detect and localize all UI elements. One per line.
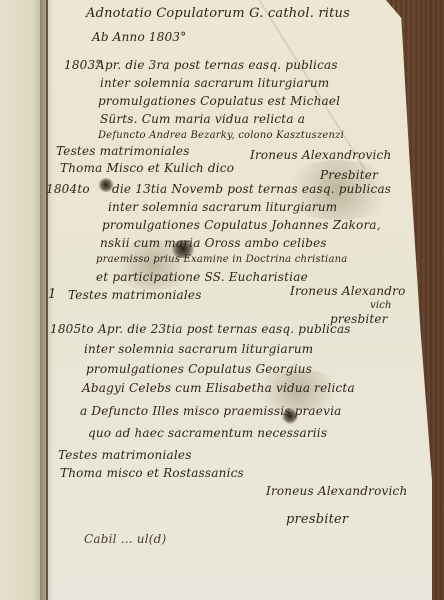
- entry-year: 1804to: [46, 182, 90, 196]
- priest-title: presbiter: [286, 512, 348, 527]
- entry-line: promulgationes Copulatus est Michael: [98, 94, 340, 108]
- witnesses-label: Testes matrimoniales: [56, 144, 190, 158]
- register-subtitle: Ab Anno 1803°: [92, 30, 186, 44]
- priest-signature: Ironeus Alexandrovich: [266, 484, 407, 498]
- priest-signature: Ironeus Alexandro: [290, 284, 406, 298]
- entry-line: a Defuncto Illes misco praemissis praevi…: [80, 404, 341, 418]
- entry-line: praemisso prius Examine in Doctrina chri…: [96, 254, 347, 265]
- witnesses-names: Thoma Misco et Kulich dico: [60, 161, 234, 175]
- entry-line: promulgationes Copulatus Johannes Zakora…: [102, 218, 381, 232]
- entry-line: Defuncto Andrea Bezarky, colono Kasztusz…: [98, 130, 344, 141]
- ink-blot: [282, 408, 298, 424]
- entry-line: quo ad haec sacramentum necessariis: [88, 426, 327, 440]
- margin-mark: 1: [48, 287, 56, 302]
- entry-year: 1805to: [50, 322, 94, 336]
- entry-line: inter solemnia sacrarum liturgiarum: [100, 76, 329, 90]
- priest-title: Presbiter: [320, 168, 378, 182]
- entry-line: inter solemnia sacrarum liturgiarum: [84, 342, 313, 356]
- entry-line: Apr. die 23tia post ternas easq. publica…: [98, 322, 351, 336]
- entry-line: Sürts. Cum maria vidua relicta a: [100, 112, 305, 126]
- entry-line: die 13tia Novemb post ternas easq. publi…: [112, 182, 391, 196]
- witnesses-label: Testes matrimoniales: [58, 448, 192, 462]
- witnesses-label: Testes matrimoniales: [68, 288, 202, 302]
- entry-line: Apr. die 3ra post ternas easq. publicas: [96, 58, 338, 72]
- witnesses-names: Thoma misco et Rostassanics: [60, 466, 244, 480]
- register-title: Adnotatio Copulatorum G. cathol. ritus: [86, 6, 350, 21]
- entry-line: et participatione SS. Eucharistiae: [96, 270, 308, 284]
- bottom-faint-note: Cabil ... ul(d): [84, 532, 166, 546]
- entry-line: inter solemnia sacrarum liturgiarum: [108, 200, 337, 214]
- entry-line: Abagyi Celebs cum Elisabetha vidua relic…: [82, 381, 355, 395]
- priest-signature-cont: vich: [370, 300, 392, 311]
- priest-signature: Ironeus Alexandrovich: [250, 148, 391, 162]
- entry-line: promulgationes Copulatus Georgius: [86, 362, 312, 376]
- entry-line: nskii cum maria Oross ambo celibes: [100, 236, 327, 250]
